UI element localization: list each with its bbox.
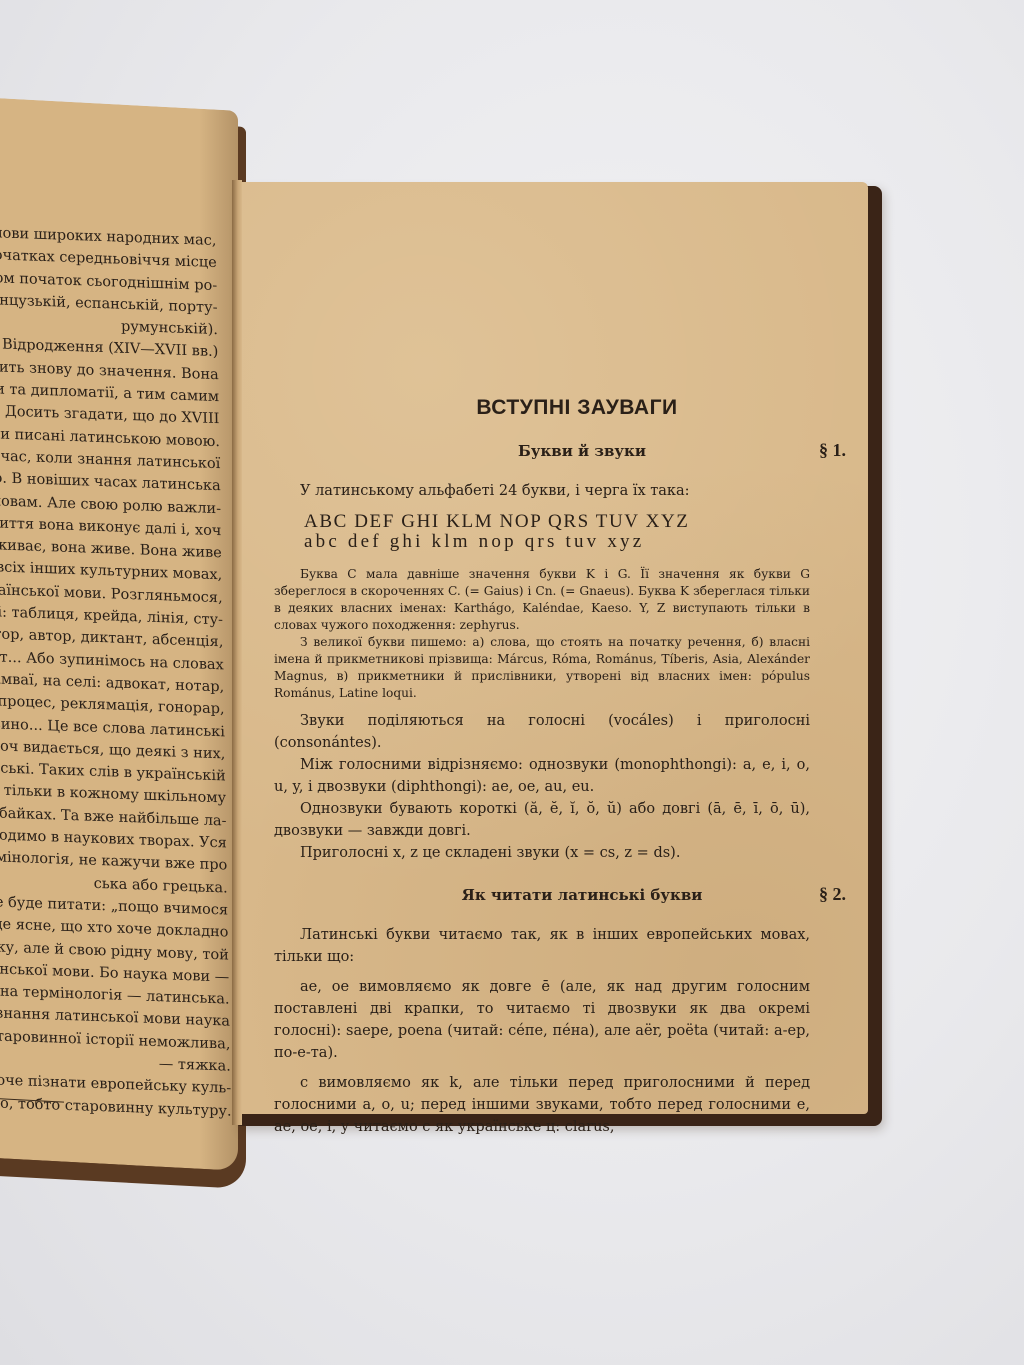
section-1-heading: Букви й звуки § 1. [274,442,810,468]
small-paragraph: Буква C мала давніше значення букви K і … [274,566,810,634]
section-2-heading: Як читати латинські букви § 2. [274,886,810,912]
paragraph: ae, oe вимовляємо як довге ē (але, як на… [274,976,810,1064]
paragraph: Латинські букви читаємо так, як в інших … [274,924,810,968]
paragraph: c вимовляємо як k, але тільки перед приг… [274,1072,810,1138]
left-page: до мови широких народних мас,в початках … [0,97,238,1171]
paragraph: Приголосні x, z це складені звуки (x = c… [274,842,810,864]
alphabet-upper: ABC DEF GHI KLM NOP QRS TUV XYZ [304,512,810,532]
chapter-title: ВСТУПНІ ЗАУВАГИ [274,396,810,420]
right-page-text: ВСТУПНІ ЗАУВАГИ Букви й звуки § 1. У лат… [274,396,810,1138]
paragraph: У латинському альфабеті 24 букви, і черг… [274,480,810,502]
book-gutter [232,180,242,1125]
right-page: ВСТУПНІ ЗАУВАГИ Букви й звуки § 1. У лат… [236,182,868,1114]
small-paragraph: З великої букви пишемо: а) слова, що сто… [274,634,810,702]
section-title: Як читати латинські букви [274,886,810,904]
section-number: § 1. [819,440,846,461]
paragraph: Між голосними відрізняємо: однозвуки (mo… [274,754,810,798]
book-photo: до мови широких народних мас,в початках … [0,0,1024,1365]
paragraph: Однозвуки бувають короткі (ă, ĕ, ĭ, ŏ, ŭ… [274,798,810,842]
alphabet-table: ABC DEF GHI KLM NOP QRS TUV XYZ abc def … [274,512,810,552]
section-number: § 2. [819,884,846,905]
section-title: Букви й звуки [274,442,810,460]
paragraph: Звуки поділяються на голосні (vocáles) і… [274,710,810,754]
left-page-text: до мови широких народних мас,в початках … [0,215,232,1122]
alphabet-lower: abc def ghi klm nop qrs tuv xyz [304,532,810,552]
